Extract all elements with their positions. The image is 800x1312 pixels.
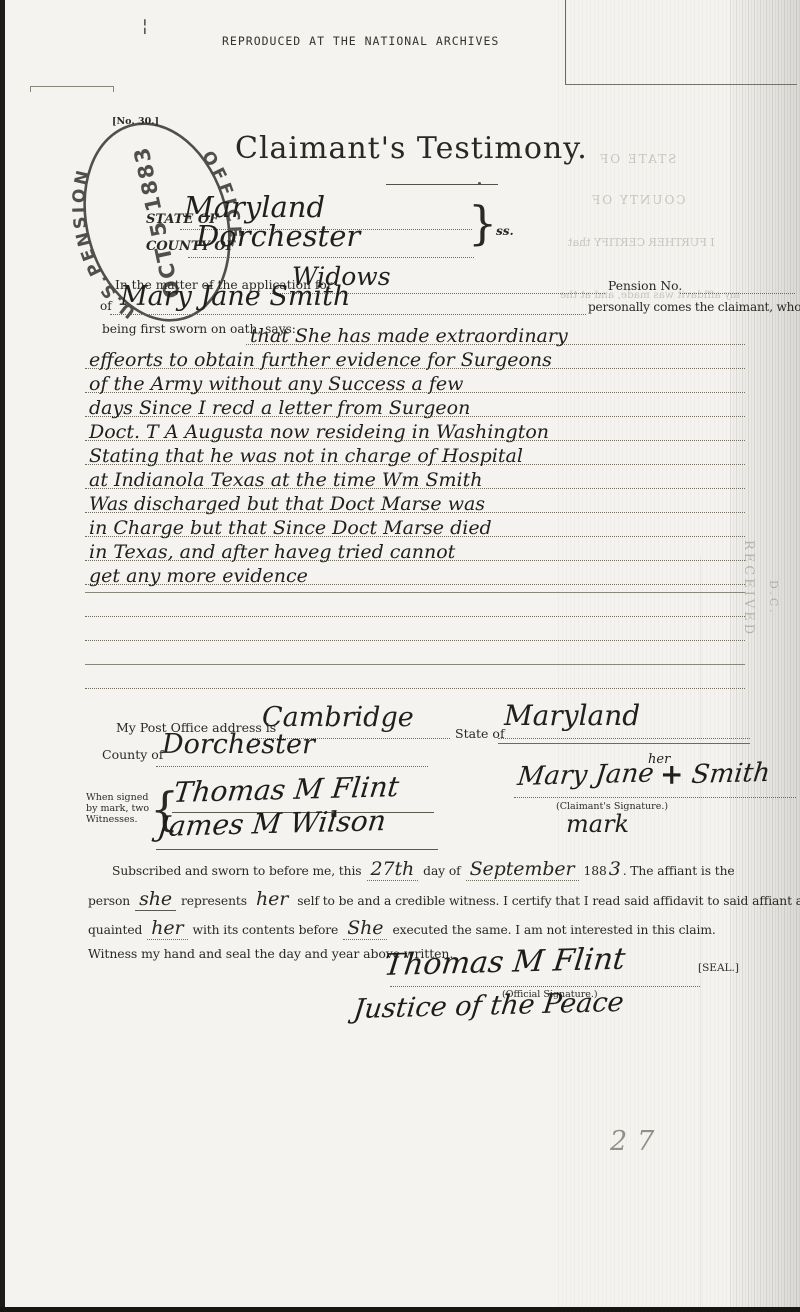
claimant-signature-line (514, 782, 796, 798)
scan-streaks-right (730, 0, 800, 1312)
witness2-underline (156, 849, 438, 850)
corner-registration-mark (30, 86, 114, 92)
claimant-name-handwritten: Mary Jane Smith (120, 281, 350, 312)
jurat-line2: personsherepresentsherself to be and a c… (88, 888, 800, 910)
top-right-vertical-line (565, 0, 566, 84)
jurat-line3-text-a: quainted (88, 923, 142, 937)
witness1-signature: Thomas M Flint (172, 770, 401, 809)
official-title-handwritten: Justice of the Peace (352, 987, 625, 1025)
affidavit-line: in Charge but that Since Doct Marse died (85, 512, 745, 537)
bleed-through-state: STATE OF (598, 152, 676, 166)
edge-mark: ¦ (142, 16, 148, 36)
affidavit-line: days Since I recd a letter from Surgeon (85, 392, 745, 417)
bleed-through-county: COUNTY OF (590, 193, 686, 207)
ss-brace: } (468, 196, 497, 250)
affidavit-line: that She has made extraordinary (246, 320, 745, 345)
scan-edge-left (0, 0, 5, 1312)
jurat-year-digit-handwritten: 3 (609, 858, 621, 880)
faint-received-stamp: RECEIVED (741, 540, 756, 637)
seal-placeholder: [SEAL.] (698, 962, 739, 974)
blank-rule (85, 688, 745, 689)
county-blank-line (188, 241, 474, 258)
bleed-through-certify: I FURTHER CERTIFY that (568, 236, 715, 249)
address-county-label: County of (102, 747, 163, 762)
address-state-handwritten: Maryland (504, 699, 640, 732)
jurat-line2-text-c: self to be and a credible witness. I cer… (297, 894, 800, 908)
affidavit-line: Stating that he was not in charge of Hos… (85, 440, 745, 465)
jurat-line1: Subscribed and sworn to before me, this2… (112, 858, 735, 880)
scan-edge-bottom (0, 1307, 800, 1312)
witness-note-line2: by mark, two (86, 803, 149, 814)
jurat-pronoun3-handwritten: her (147, 917, 187, 940)
archive-reproduction-header: REPRODUCED AT THE NATIONAL ARCHIVES (222, 34, 499, 48)
jurat-line1-text-b: day of (423, 864, 460, 878)
official-signature-line (390, 972, 700, 987)
jurat-line2-text-b: represents (181, 894, 247, 908)
page-title: Claimant's Testimony. (235, 131, 585, 166)
title-rule (386, 184, 498, 185)
blank-rule (85, 664, 745, 665)
affidavit-line: at Indianola Texas at the time Wm Smith (85, 464, 745, 489)
document-page: REPRODUCED AT THE NATIONAL ARCHIVES ¦ [N… (0, 0, 800, 1312)
pension-no-label: Pension No. (608, 279, 682, 293)
blank-rule (85, 616, 745, 617)
jurat-pronoun4-handwritten: She (343, 917, 387, 940)
blank-rule (85, 640, 745, 641)
affidavit-line: Was discharged but that Doct Marse was (85, 488, 745, 513)
title-rule-dot (478, 182, 481, 185)
jurat-line3: quaintedherwith its contents beforeSheex… (88, 917, 716, 939)
affidavit-line: get any more evidence (85, 560, 745, 585)
witness-note-line1: When signed (86, 792, 149, 803)
jurat-line2-text-a: person (88, 894, 130, 908)
jurat-month-handwritten: September (466, 858, 579, 881)
jurat-line3-text-b: with its contents before (193, 923, 339, 937)
affidavit-line: effeorts to obtain further evidence for … (85, 344, 745, 369)
jurat-pronoun2-handwritten: her (252, 888, 292, 910)
jurat-pronoun1-handwritten: she (135, 888, 176, 911)
affidavit-line: in Texas, and after haveg tried cannot (85, 536, 745, 561)
jurat-year-printed: 188 (584, 864, 607, 878)
claimant-mark-word: mark (566, 810, 629, 838)
address-county-handwritten: Dorchester (162, 729, 315, 760)
blank-rule (85, 592, 745, 593)
witness2-signature: James M Wilson (156, 804, 388, 843)
faint-dc-stamp: D.C. (767, 580, 780, 615)
jurat-day-handwritten: 27th (367, 858, 419, 881)
witness-note-line3: Witnesses. (86, 814, 149, 825)
affidavit-line-text: get any more evidence (89, 565, 308, 587)
jurat-line3-text-c: executed the same. I am not interested i… (392, 923, 715, 937)
application-line2-suffix: personally comes the claimant, who (588, 300, 800, 314)
witness-note: When signed by mark, two Witnesses. (86, 792, 149, 825)
pencil-page-number: 27 (610, 1126, 664, 1157)
top-right-horizontal-line (565, 84, 797, 85)
affidavit-line: Doct. T A Augusta now resideing in Washi… (85, 416, 745, 441)
ss-label: ss. (496, 224, 514, 238)
pension-no-blank-line (680, 277, 795, 294)
address-state-underline (498, 743, 750, 744)
jurat-line1-text-a: Subscribed and sworn to before me, this (112, 864, 362, 878)
jurat-line1-text-c: . The affiant is the (623, 864, 735, 878)
affidavit-line: of the Army without any Success a few (85, 368, 745, 393)
